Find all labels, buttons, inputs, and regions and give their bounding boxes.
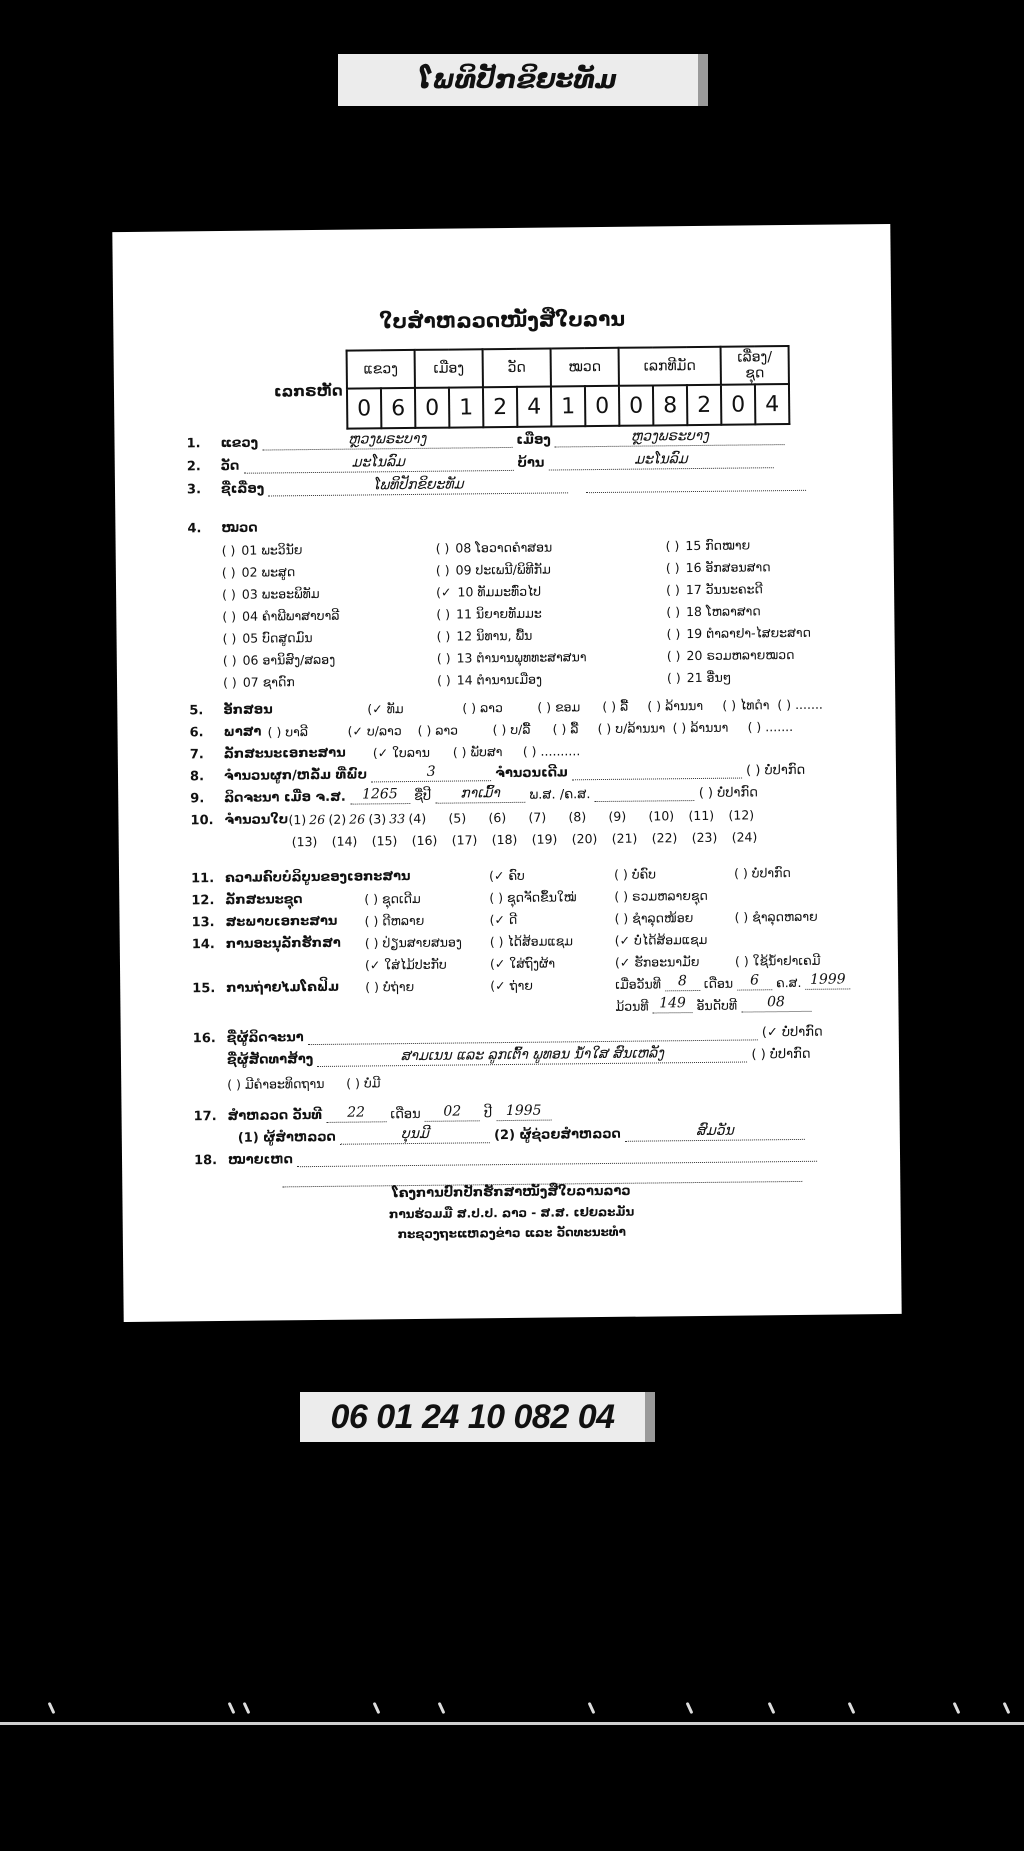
option-label: 09 ປະເພນີ/ພິທີກັມ: [456, 562, 551, 578]
field-province: 1.ແຂວງ ຫຼວງພຣະບາງ ເມືອງ ຫຼວງພຣະບາງ: [186, 430, 785, 451]
no-dedication-checkbox[interactable]: ( ) ບໍ່ມີ: [346, 1075, 380, 1090]
option-label: ພັບສາ: [470, 744, 502, 759]
form-footer: ໂຄງການປົກປັກຮັກສາໜັງສືໃບລານລາວ ການຮ່ວມມື…: [122, 1179, 901, 1247]
leaf-value: 33: [389, 811, 405, 826]
code-header: ແຂວງ: [347, 350, 415, 389]
leaf-index: (18): [492, 832, 518, 847]
field-label: ວັດ: [221, 459, 240, 474]
code-digit: 0: [721, 384, 755, 424]
checkbox-mark: ( ): [666, 582, 680, 597]
scribe-field[interactable]: [308, 1025, 758, 1045]
leaf-count-field[interactable]: (10): [648, 808, 677, 823]
f6-option-checkbox[interactable]: ( ).......: [747, 719, 793, 734]
field-value: ບຸນມີ: [401, 1126, 429, 1142]
code-digit: 2: [483, 387, 517, 427]
category-option-checkbox[interactable]: ( )15 ກົດໝາຍ: [666, 537, 751, 553]
sequence-field[interactable]: 08: [741, 997, 811, 1013]
field-value: ສົມວັນ: [696, 1123, 734, 1139]
category-option-checkbox[interactable]: (✓10 ທັມມະທົ່ວໄປ: [436, 584, 541, 600]
field-label: ຊື່ຜູ້ລິດຈະນາ: [227, 1030, 304, 1046]
field-condition: 13.ສະພາບເອກະສານ: [191, 914, 337, 931]
f7-option-checkbox[interactable]: (✓ໃບລານ: [373, 745, 430, 761]
option-label: 07 ຊາດົກ: [243, 674, 295, 690]
leaf-count-field[interactable]: (14): [332, 834, 361, 849]
leaf-count-field[interactable]: (15): [372, 833, 401, 848]
not-shown-checkbox[interactable]: ( ) ບໍ່ປາກົດ: [734, 865, 791, 881]
field-value: 22: [347, 1105, 365, 1121]
code-header: ເລກທີມັດ: [619, 347, 721, 386]
leaf-count-field[interactable]: (23): [692, 830, 721, 845]
field-value: 08: [767, 994, 785, 1010]
f6-option-checkbox[interactable]: ( )ບາລີ: [267, 724, 308, 739]
option-label: 17 ວັນນະຄະດີ: [686, 581, 763, 597]
field-label: ຈຳນວນເດີມ: [495, 765, 568, 781]
field-value: 1995: [506, 1103, 542, 1119]
leaf-count-field[interactable]: (18): [492, 832, 521, 847]
province-field[interactable]: ຫຼວງພຣະບາງ: [262, 433, 512, 451]
leaf-count-field[interactable]: (7): [528, 810, 549, 825]
option-label: 06 ອານິສົງ/ສລອງ: [242, 652, 335, 668]
field-number: 17.: [194, 1109, 228, 1124]
leaf-index: (16): [412, 833, 438, 848]
f7-option-checkbox[interactable]: ( )..........: [523, 743, 581, 759]
checkbox-mark: (✓: [347, 724, 363, 739]
option-label: ບາລີ: [285, 724, 308, 739]
leaf-index: (21): [612, 831, 638, 846]
category-option-checkbox[interactable]: ( )08 ໂອວາດຄຳສອນ: [436, 540, 553, 556]
leaf-count-field[interactable]: (3)33: [368, 811, 405, 826]
category-option-checkbox[interactable]: ( )12 ນິທານ, ພື້ນ: [436, 628, 532, 644]
field-remarks: 18.ໝາຍເຫດ: [194, 1147, 817, 1169]
complete-checkbox[interactable]: (✓ ຄົບ: [489, 868, 525, 883]
has-dedication-checkbox[interactable]: ( ) ມີຄຳອະທິດຖານ: [227, 1076, 324, 1092]
code-digit: 0: [347, 388, 381, 428]
checkbox-mark: ( ): [602, 699, 616, 714]
checkbox-mark: ( ): [552, 721, 566, 736]
checkbox-mark: ( ): [437, 651, 451, 666]
field-number: 2.: [187, 459, 221, 474]
option-label: ລາວ: [435, 723, 458, 738]
slightly-damaged-checkbox[interactable]: ( ) ຊຳລຸດໜ້ອຍ: [614, 910, 693, 926]
leaf-index: (24): [732, 829, 758, 844]
field-number: 7.: [190, 747, 224, 762]
category-option-checkbox[interactable]: ( )09 ປະເພນີ/ພິທີກັມ: [436, 562, 551, 578]
field-value: ຫຼວງພຣະບາງ: [348, 431, 426, 448]
checkbox-mark: ( ): [666, 538, 680, 553]
f5-option-checkbox[interactable]: ( ).......: [777, 697, 823, 712]
option-label: ໃບລານ: [392, 745, 430, 760]
option-label: ໄທດຳ: [740, 697, 770, 712]
field-scribe: 16.ຊື່ຜູ້ລິດຈະນາ (✓ ບໍ່ປາກົດ: [193, 1025, 823, 1047]
leaf-index: (3): [368, 811, 386, 826]
checkbox-mark: ( ): [666, 604, 680, 619]
field-value: ໂພທິປັກຂິຍະທັມ: [373, 476, 464, 493]
field-number: 1.: [186, 436, 220, 451]
leaf-index: (15): [372, 833, 398, 848]
option-label: ຂອມ: [555, 699, 580, 714]
option-label: 20 ຣວມຫລາຍໝວດ: [686, 647, 794, 663]
option-label: .......: [765, 719, 793, 734]
field-label: ເດືອນ: [704, 976, 733, 991]
checkbox-mark: ( ): [417, 723, 431, 738]
f7-option-checkbox[interactable]: ( )ພັບສາ: [453, 744, 503, 760]
film-date: ເມື່ອວັນທີ 8 ເດືອນ 6 ຄ.ສ. 1999: [615, 974, 850, 991]
f6-option-checkbox[interactable]: ( )ລື້: [552, 721, 578, 736]
leaf-index: (14): [332, 834, 358, 849]
field-label: ຊື່ປີ: [414, 789, 431, 804]
leaf-index: (22): [652, 830, 678, 845]
field-number: 13.: [191, 915, 225, 930]
checkbox-mark: ( ): [672, 720, 686, 735]
field-number: 10.: [190, 813, 224, 828]
multi-set-checkbox[interactable]: ( ) ຣວມຫລາຍຊຸດ: [614, 888, 708, 904]
leaf-index: (2): [328, 812, 346, 827]
category-option-checkbox[interactable]: ( )07 ຊາດົກ: [223, 674, 295, 690]
title-extra-field[interactable]: [586, 476, 806, 493]
field-label: ຊື່ຜູ້ສັດທາສ້າງ: [227, 1052, 313, 1068]
remarks-field[interactable]: [297, 1147, 817, 1167]
code-digit: 8: [653, 385, 687, 425]
option-label: ລື້: [620, 699, 628, 714]
code-digit: 1: [449, 387, 483, 427]
leaf-index: (20): [572, 831, 598, 846]
not-shown-checkbox[interactable]: ( ) ບໍ່ປາກົດ: [699, 785, 758, 801]
field-label: ບ້ານ: [517, 456, 544, 471]
field-leaves: 10.ຈຳນວນໃບ: [190, 812, 288, 828]
code-header: ເລື່ອງ/ຊຸດ: [721, 346, 789, 385]
option-label: 08 ໂອວາດຄຳສອນ: [455, 540, 552, 556]
field-script: 5.ອັກສອນ: [189, 702, 272, 718]
footer-code-label: 06 01 24 10 082 04: [300, 1392, 655, 1442]
field-label: ຄວາມຄົບບໍລິບູນຂອງເອກະສານ: [225, 869, 411, 886]
field-label: (1) ຜູ້ສຳຫລວດ: [238, 1130, 336, 1146]
field-label: ເມືອງ: [516, 433, 551, 448]
category-option-checkbox[interactable]: ( )06 ອານິສົງ/ສລອງ: [223, 652, 336, 668]
field-number: 15.: [192, 981, 226, 996]
leaf-index: (6): [488, 810, 506, 825]
leaf-index: (23): [692, 830, 718, 845]
leaf-count-field[interactable]: (24): [732, 829, 761, 844]
film-edge-marks: [0, 1700, 1024, 1720]
leaf-count-field[interactable]: (22): [652, 830, 681, 845]
field-number: 12.: [191, 893, 225, 908]
badly-damaged-checkbox[interactable]: ( ) ຊຳລຸດຫລາຍ: [734, 909, 817, 925]
survey-year-field[interactable]: 1995: [496, 1106, 551, 1122]
field-number: 5.: [189, 703, 223, 718]
replace-cord-checkbox[interactable]: ( ) ປ່ຽນສາຍສນອງ: [365, 934, 462, 950]
option-label: 02 ພະສູດ: [242, 564, 296, 580]
code-header: ວັດ: [483, 349, 551, 388]
option-label: 11 ນິຍາຍທັມມະ: [456, 606, 542, 622]
option-label: 10 ທັມມະທົ່ວໄປ: [457, 584, 541, 600]
field-label: ອັນດັບທີ: [696, 998, 737, 1013]
title-field[interactable]: ໂພທິປັກຂິຍະທັມ: [268, 478, 568, 496]
field-number: 16.: [193, 1031, 227, 1046]
f5-option-checkbox[interactable]: ( )ລື້: [602, 699, 628, 714]
category-options: [112, 224, 890, 232]
leaf-count-field[interactable]: (8): [568, 809, 589, 824]
code-table: ແຂວງ ເມືອງ ວັດ ໝວດ ເລກທີມັດ ເລື່ອງ/ຊຸດ 0…: [346, 345, 791, 430]
checkbox-mark: ( ): [537, 700, 551, 715]
temple-field[interactable]: ມະໂນລົມ: [243, 456, 513, 474]
category-option-checkbox[interactable]: ( )13 ຕຳນານພຸທທະສາສນາ: [437, 649, 587, 666]
f5-option-checkbox[interactable]: ( )ຂອມ: [537, 699, 580, 714]
category-option-checkbox[interactable]: ( )05 ບົດສູດມົນ: [222, 630, 312, 646]
script-options: [112, 224, 890, 232]
checkbox-mark: ( ): [597, 721, 611, 736]
f6-option-checkbox[interactable]: (✓ບ/ລາວ: [347, 723, 401, 739]
doc-type-options: [112, 224, 890, 232]
category-option-checkbox[interactable]: ( )16 ອັກສອນສາດ: [666, 559, 771, 575]
field-completeness: 11.ຄວາມຄົບບໍລິບູນຂອງເອກະສານ: [191, 869, 411, 886]
checkbox-mark: ( ): [222, 587, 236, 602]
leaf-count-field[interactable]: (5): [448, 810, 469, 825]
option-label: 03 ພະອະພິທັມ: [242, 586, 320, 602]
survey-day-field[interactable]: 22: [326, 1107, 386, 1123]
checkbox-mark: ( ): [223, 653, 237, 668]
film-roll: ມ້ວນທີ 149 ອັນດັບທີ 08: [615, 997, 811, 1014]
field-value: ມະໂນລົມ: [352, 454, 405, 471]
option-label: 18 ໂຫລາສາດ: [686, 603, 761, 619]
field-label: ຈຳນວນໃບ: [224, 812, 288, 828]
checkbox-mark: ( ): [436, 607, 450, 622]
category-option-checkbox[interactable]: ( )04 ຄຳພີພາສາບາລີ: [222, 608, 339, 624]
field-label: ການອະນຸລັກຮັກສາ: [226, 936, 341, 952]
field-label: ໝວດ: [221, 521, 257, 536]
code-digit: 0: [619, 385, 653, 425]
field-title: 3.ຊື່ເລື່ອງ ໂພທິປັກຂິຍະທັມ: [187, 476, 807, 497]
leaf-index: (4): [408, 811, 426, 826]
f5-option-checkbox[interactable]: (✓ທັມ: [367, 701, 403, 716]
year-name-field[interactable]: ກາເມົ້າ: [435, 788, 525, 804]
field-survey-date: 17.ສຳຫລວດ ວັນທີ 22 ເດືອນ 02 ປີ 1995: [194, 1106, 552, 1125]
option-label: ລື້: [570, 721, 578, 736]
category-option-checkbox[interactable]: ( )21 ອື່ນໆ: [667, 670, 731, 686]
checkbox-mark: ( ): [492, 722, 506, 737]
leaf-index: (8): [568, 809, 586, 824]
hygiene-checkbox[interactable]: (✓ ຮັກອະນາມັຍ: [615, 954, 700, 970]
filmed-checkbox[interactable]: (✓ ຖ່າຍ: [490, 978, 533, 993]
f5-option-checkbox[interactable]: ( )ລາວ: [462, 700, 503, 715]
survey-form: ໃບສຳຫລວດໜັງສືໃບລານ ເລກຣຫັດ ແຂວງ ເມືອງ ວັ…: [112, 224, 901, 1322]
checkbox-mark: ( ): [222, 543, 236, 558]
leaf-count-field[interactable]: (20): [572, 831, 601, 846]
category-option-checkbox[interactable]: ( )14 ຕຳນານເມືອງ: [437, 672, 542, 688]
option-label: 15 ກົດໝາຍ: [685, 537, 750, 553]
leaf-value: 26: [349, 811, 365, 826]
footer-code-text: 06 01 24 10 082 04: [330, 1398, 614, 1437]
leaf-count-field[interactable]: (17): [452, 832, 481, 847]
sponsor-field[interactable]: ສາມເນນ ແລະ ລູກເຕົ້າ ພູທອນ ນ້ຳໃສ ສົນເຫລັງ: [317, 1047, 747, 1067]
field-label: ແຂວງ: [220, 436, 258, 451]
film-year-field[interactable]: 1999: [805, 974, 850, 989]
original-set-checkbox[interactable]: ( ) ຊຸດເດີມ: [364, 891, 421, 907]
leaf-value: 26: [309, 812, 325, 827]
field-value: 3: [427, 764, 436, 780]
field-label: ສຳຫລວດ ວັນທີ: [228, 1108, 323, 1124]
category-option-checkbox[interactable]: ( )17 ວັນນະຄະດີ: [666, 581, 763, 597]
checkbox-mark: (✓: [367, 701, 383, 716]
not-shown-checkbox[interactable]: ( ) ບໍ່ປາກົດ: [746, 763, 805, 779]
field-value: 6: [750, 972, 759, 988]
checkbox-mark: ( ): [222, 565, 236, 580]
leaf-count-field[interactable]: (6): [488, 810, 509, 825]
film-day-field[interactable]: 8: [665, 976, 700, 991]
field-label: ມ້ວນທີ: [615, 999, 648, 1014]
option-label: ລ້ານນາ: [665, 698, 703, 713]
language-options: [112, 224, 890, 232]
very-good-checkbox[interactable]: ( ) ດີຫລາຍ: [364, 913, 424, 929]
checkbox-mark: ( ): [777, 697, 791, 712]
field-label: ການຖ່າຍໄມໂຄຟິມ: [226, 980, 339, 996]
leaf-count-field[interactable]: (4): [408, 811, 429, 826]
option-label: .......: [795, 697, 823, 712]
option-label: ລາວ: [480, 700, 503, 715]
field-label: ພ.ສ. /ຄ.ສ.: [529, 787, 590, 803]
checkbox-mark: ( ): [437, 673, 451, 688]
checkbox-mark: ( ): [223, 675, 237, 690]
checkbox-mark: ( ): [666, 626, 680, 641]
field-value: 1265: [362, 786, 398, 802]
not-shown-checkbox[interactable]: ( ) ບໍ່ປາກົດ: [751, 1047, 810, 1063]
f5-option-checkbox[interactable]: ( )ລ້ານນາ: [647, 698, 703, 714]
option-label: ບ/ລ້ານນາ: [615, 720, 665, 736]
leaf-count-field[interactable]: (13): [292, 834, 321, 849]
code-label: ເລກຣຫັດ: [274, 382, 343, 401]
field-label: ລິດຈະນາ ເມື່ອ ຈ.ສ.: [224, 790, 346, 806]
checkbox-mark: ( ): [222, 631, 236, 646]
leaf-count-field[interactable]: (2)26: [328, 811, 365, 826]
option-label: ທັມ: [387, 701, 404, 716]
code-digit: 0: [415, 388, 449, 428]
option-label: 14 ຕຳນານເມືອງ: [457, 672, 542, 688]
field-number: 4.: [187, 521, 221, 536]
leaf-count-field[interactable]: (1)26: [288, 812, 325, 827]
field-bundles: 8.ຈຳນວນຜູກ/ຫລັ່ມ ທີ່ພົບ 3 ຈຳນວນເດີມ ( ) …: [190, 763, 805, 784]
leaf-count-field[interactable]: (9): [608, 809, 629, 824]
not-shown-checkbox[interactable]: (✓ ບໍ່ປາກົດ: [762, 1025, 823, 1041]
survey-month-field[interactable]: 02: [425, 1106, 480, 1122]
cs-year-field[interactable]: 1265: [350, 789, 410, 805]
leaf-count-field[interactable]: (21): [612, 831, 641, 846]
leaf-count-field[interactable]: (12): [728, 807, 757, 822]
field-label: ອັກສອນ: [223, 702, 272, 718]
checkbox-mark: ( ): [667, 670, 681, 685]
field-label: ຊື່ເລື່ອງ: [221, 482, 264, 497]
category-option-checkbox[interactable]: ( )11 ນິຍາຍທັມມະ: [436, 606, 542, 622]
surveyor-field[interactable]: ບຸນມີ: [340, 1128, 490, 1145]
field-value: 149: [659, 995, 686, 1011]
field-inscribed: 9.ລິດຈະນາ ເມື່ອ ຈ.ສ. 1265 ຊື່ປີ ກາເມົ້າ …: [190, 785, 758, 806]
field-label: ໝາຍເຫດ: [228, 1152, 293, 1168]
field-sponsor: ຊື່ຜູ້ສັດທາສ້າງ ສາມເນນ ແລະ ລູກເຕົ້າ ພູທອ…: [227, 1047, 811, 1068]
cloth-bag-checkbox[interactable]: (✓ ໃສ່ຖົງຜ້າ: [490, 956, 555, 972]
chemicals-checkbox[interactable]: ( ) ໃຊ້ນ້ຳຢາເຄມີ: [735, 953, 821, 969]
option-label: 16 ອັກສອນສາດ: [686, 559, 771, 575]
option-label: 01 ພະວິນັຍ: [241, 542, 302, 558]
checkbox-mark: ( ): [267, 724, 281, 739]
field-value: ສາມເນນ ແລະ ລູກເຕົ້າ ພູທອນ ນ້ຳໃສ ສົນເຫລັງ: [401, 1045, 664, 1064]
option-label: 19 ຕຳລາຢາ-ໄສຍະສາດ: [686, 625, 811, 641]
checkbox-mark: ( ): [647, 698, 661, 713]
leaf-count-field[interactable]: (11): [688, 808, 717, 823]
village-field[interactable]: ມະໂນລົມ: [548, 453, 773, 470]
leaf-index: (13): [292, 834, 318, 849]
leaf-index: (19): [532, 831, 558, 846]
category-option-checkbox[interactable]: ( )02 ພະສູດ: [222, 564, 295, 580]
option-label: 05 ບົດສູດມົນ: [242, 630, 312, 646]
header-label: ໂພທິປັກຂິຍະທັມ: [338, 54, 708, 106]
field-microfilm: 15.ການຖ່າຍໄມໂຄຟິມ: [192, 980, 339, 997]
code-digit: 4: [517, 387, 551, 427]
field-number: 14.: [192, 937, 226, 952]
good-checkbox[interactable]: (✓ ດີ: [489, 912, 517, 927]
f6-option-checkbox[interactable]: ( )ລ້ານນາ: [672, 720, 728, 736]
code-digit: 6: [381, 388, 415, 428]
bundles-found-field[interactable]: 3: [371, 766, 491, 782]
code-header: ເມືອງ: [415, 349, 483, 388]
category-option-checkbox[interactable]: ( )03 ພະອະພິທັມ: [222, 586, 320, 602]
category-option-checkbox[interactable]: ( )20 ຣວມຫລາຍໝວດ: [667, 647, 795, 663]
leaf-index: (1): [288, 812, 306, 827]
not-repaired-checkbox[interactable]: (✓ ບໍ່ໄດ້ສ້ອມແຊມ: [615, 932, 708, 948]
field-label: ຄ.ສ.: [776, 975, 801, 990]
f6-option-checkbox[interactable]: ( )ລາວ: [417, 723, 458, 738]
leaf-count-field[interactable]: (16): [412, 833, 441, 848]
field-number: 8.: [190, 769, 224, 784]
new-set-checkbox[interactable]: ( ) ຊຸດຈັດຂຶ້ນໃໝ່: [489, 889, 576, 905]
field-label: (2) ຜູ້ຊ່ວຍສຳຫລວດ: [494, 1127, 621, 1143]
category-option-checkbox[interactable]: ( )01 ພະວິນັຍ: [222, 542, 303, 558]
checkbox-mark: (✓: [436, 585, 452, 600]
checkbox-mark: ( ): [666, 560, 680, 575]
code-digit: 0: [585, 386, 619, 426]
district-field[interactable]: ຫຼວງພຣະບາງ: [555, 430, 785, 447]
f5-option-checkbox[interactable]: ( )ໄທດຳ: [722, 697, 769, 712]
field-label: ລັກສະນະຊຸດ: [225, 892, 302, 908]
option-label: ບ/ລື້: [510, 722, 530, 737]
wooden-covers-checkbox[interactable]: (✓ ໃສ່ໄມ້ປະກັບ: [365, 957, 447, 973]
assistant-surveyor-field[interactable]: ສົມວັນ: [625, 1125, 805, 1142]
f6-option-checkbox[interactable]: ( )ບ/ລ້ານນາ: [597, 720, 665, 736]
film-month-field[interactable]: 6: [737, 975, 772, 990]
code-digit: 4: [755, 384, 789, 424]
leaf-count-field[interactable]: (19): [532, 831, 561, 846]
leaf-index: (7): [528, 810, 546, 825]
field-label: ພາສາ: [223, 725, 261, 740]
checkbox-mark: ( ): [436, 563, 450, 578]
field-label: ຈຳນວນຜູກ/ຫລັ່ມ ທີ່ພົບ: [224, 767, 367, 783]
option-label: 21 ອື່ນໆ: [687, 670, 732, 685]
category-option-checkbox[interactable]: ( )19 ຕຳລາຢາ-ໄສຍະສາດ: [666, 625, 811, 642]
checkbox-mark: (✓: [373, 745, 389, 760]
repaired-checkbox[interactable]: ( ) ໄດ້ສ້ອມແຊມ: [490, 933, 573, 949]
incomplete-checkbox[interactable]: ( ) ບໍ່ຄົບ: [614, 866, 656, 881]
not-filmed-checkbox[interactable]: ( ) ບໍ່ຖ່າຍ: [365, 979, 414, 995]
category-option-checkbox[interactable]: ( )18 ໂຫລາສາດ: [666, 603, 761, 619]
field-number: 11.: [191, 871, 225, 886]
field-number: 6.: [189, 725, 223, 740]
roll-number-field[interactable]: 149: [652, 998, 692, 1013]
field-surveyors: (1) ຜູ້ສຳຫລວດ ບຸນມີ (2) ຜູ້ຊ່ວຍສຳຫລວດ ສົ…: [238, 1125, 805, 1146]
field-label: ເມື່ອວັນທີ: [615, 976, 661, 991]
field-value: 02: [443, 1103, 461, 1119]
bundles-original-field[interactable]: [572, 764, 742, 781]
checkbox-mark: ( ): [747, 719, 761, 734]
option-label: 13 ຕຳນານພຸທທະສາສນາ: [456, 649, 586, 665]
f6-option-checkbox[interactable]: ( )ບ/ລື້: [492, 722, 530, 737]
be-ce-year-field[interactable]: [595, 786, 695, 802]
